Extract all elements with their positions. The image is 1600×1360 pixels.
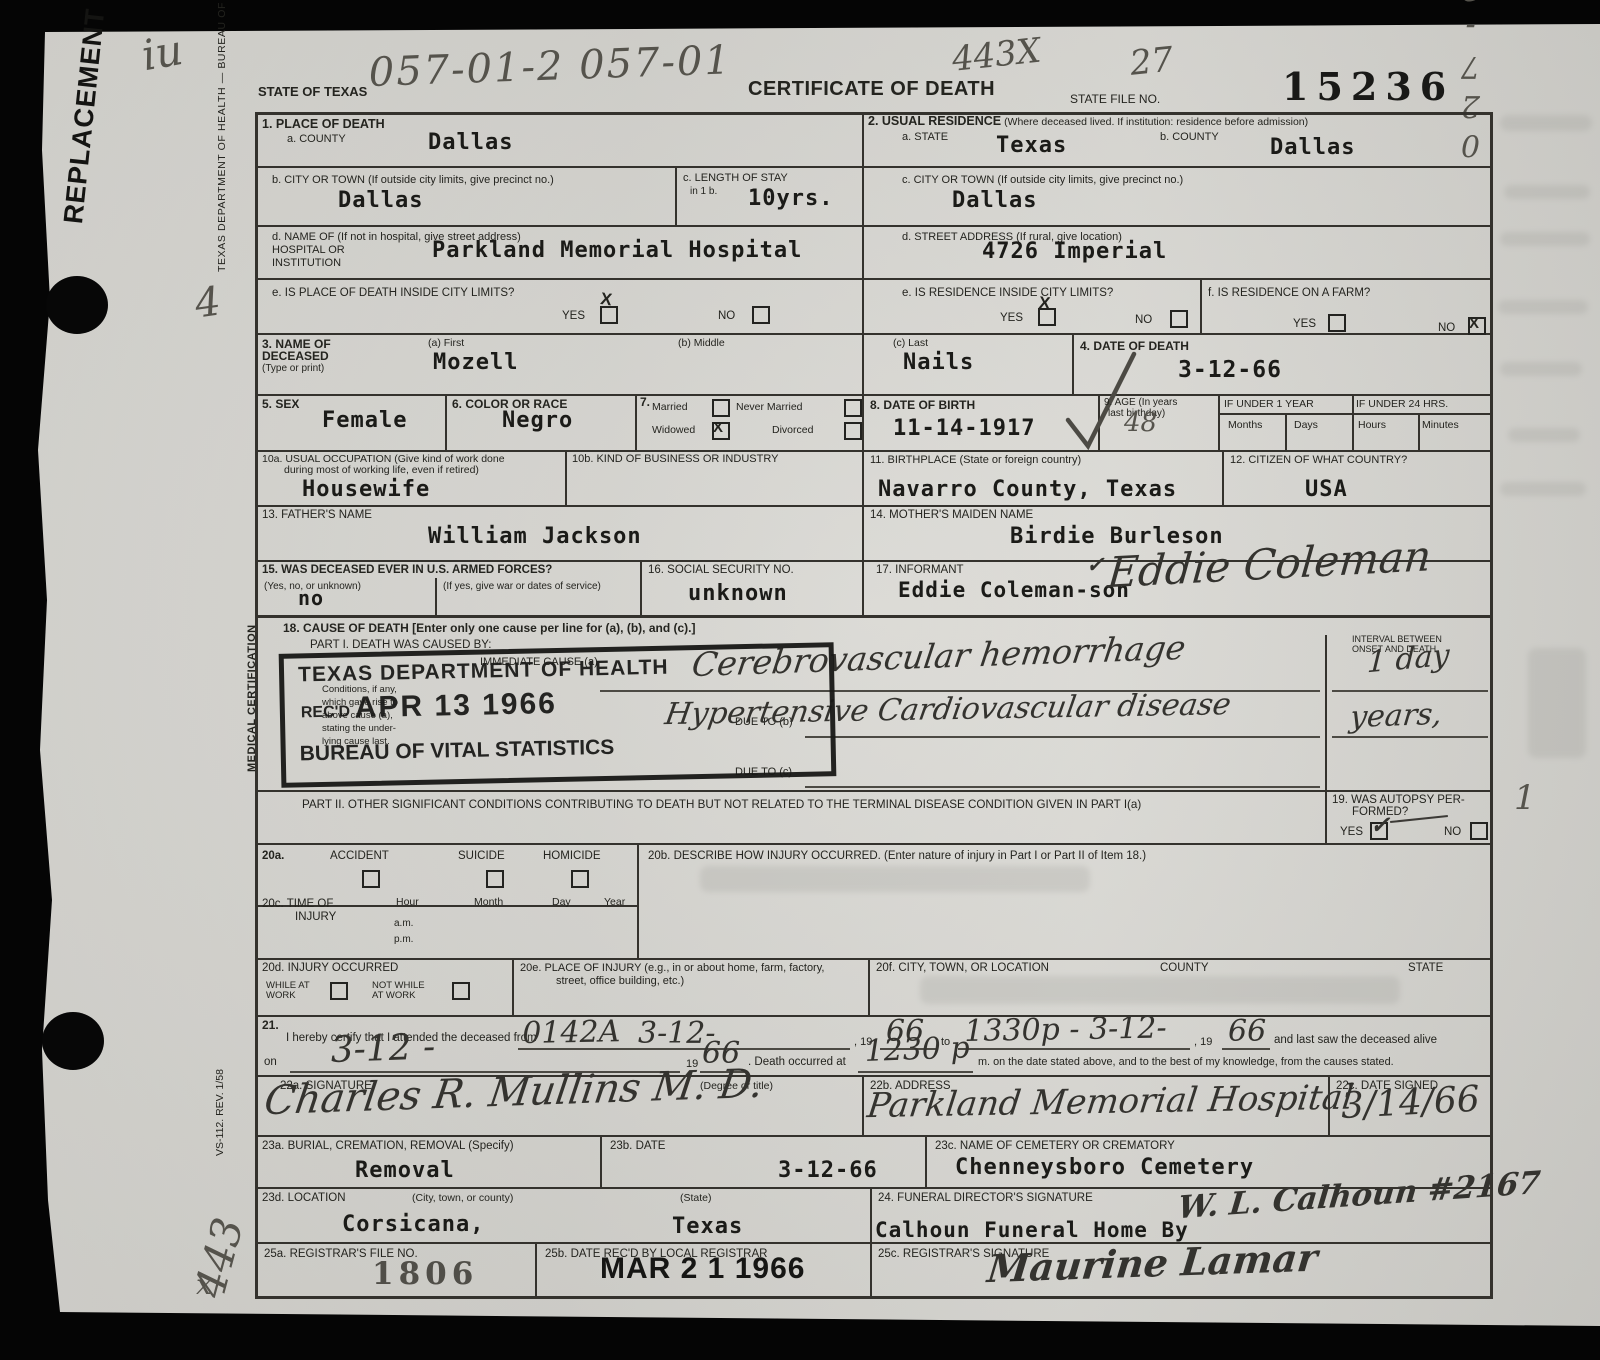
funeral-home-typed-value: Calhoun Funeral Home By (875, 1218, 1189, 1242)
burial-date-value: 3-12-66 (778, 1158, 878, 1183)
death-city-limits-yes-label: YES (562, 310, 585, 322)
residence-county-label: b. COUNTY (1160, 131, 1219, 143)
death-city-limits-no-checkbox (752, 306, 770, 324)
widowed-label: Widowed (652, 424, 695, 436)
last-name-value: Nails (903, 350, 974, 375)
grid-line (640, 560, 642, 615)
received-stamp: TEXAS DEPARTMENT OF HEALTH REC'D APR 13 … (279, 642, 837, 788)
grid-line (512, 958, 514, 1015)
while-at-work-label-2: WORK (266, 990, 296, 1001)
informant-label: 17. INFORMANT (876, 564, 964, 576)
death-city-limits-no-label: NO (718, 310, 735, 322)
date-of-death-value: 3-12-66 (1178, 357, 1282, 383)
grid-line (255, 333, 1492, 335)
age-label-1: 9. AGE (In years (1104, 397, 1177, 408)
writing-line (1222, 1048, 1270, 1050)
age-value: 48 (1124, 408, 1157, 438)
business-industry-label: 10b. KIND OF BUSINESS OR INDUSTRY (572, 453, 778, 465)
not-while-at-work-checkbox (452, 982, 470, 1000)
married-checkbox (712, 399, 730, 417)
armed-forces-value: no (298, 586, 324, 610)
grid-line (255, 450, 1492, 452)
death-city-limits-label: e. IS PLACE OF DEATH INSIDE CITY LIMITS? (272, 287, 514, 299)
printed-19-b: , 19 (1194, 1036, 1212, 1048)
never-married-label: Never Married (736, 401, 803, 413)
place-of-injury-label-1: 20e. PLACE OF INJURY (e.g., in or about … (520, 962, 824, 974)
if-under-24-hrs-label: IF UNDER 24 HRS. (1356, 398, 1448, 410)
first-name-value: Mozell (433, 350, 518, 375)
hour-label: Hour (396, 896, 419, 908)
grid-line (1352, 394, 1354, 450)
attended-from-time: 0142A (522, 1014, 621, 1051)
state-file-no-label: STATE FILE NO. (1070, 92, 1160, 106)
state-of-texas-label: STATE OF TEXAS (258, 84, 367, 99)
state-file-number: 15236 (1282, 64, 1454, 109)
grid-line (868, 958, 870, 1015)
attended-to-year: 66 (1228, 1014, 1266, 1049)
occupation-label-2: during most of working life, even if ret… (284, 464, 479, 476)
section20a-label: 20a. (262, 850, 284, 862)
bleedthrough-smudge (1500, 362, 1582, 376)
residence-state-value: Texas (996, 133, 1067, 158)
county-value: Dallas (428, 130, 513, 155)
margin-scribble-right-code: 027-2 (1453, 0, 1488, 162)
grid-line (637, 843, 639, 958)
last-seen-date: 3-12 - (330, 1026, 436, 1071)
x-mark: X (713, 419, 723, 436)
certify-text-4: m. on the date stated above, and to the … (978, 1056, 1394, 1068)
interval-a-handwritten: 1 day (1366, 638, 1450, 681)
homicide-checkbox (571, 870, 589, 888)
writing-line (958, 1048, 1190, 1050)
hospital-label-2: HOSPITAL OR (272, 244, 345, 256)
autopsy-no-checkbox (1470, 822, 1488, 840)
marital-status-label: 7. (640, 395, 650, 409)
grid-line (535, 1242, 537, 1296)
interval-b-handwritten: years, (1348, 697, 1444, 735)
grid-line (255, 790, 1492, 792)
homicide-label: HOMICIDE (543, 850, 601, 862)
grid-line (255, 615, 1492, 618)
ssn-label: 16. SOCIAL SECURITY NO. (648, 564, 794, 576)
section21-label: 21. (262, 1018, 279, 1032)
grid-line (1218, 413, 1492, 415)
certificate-title: CERTIFICATE OF DEATH (748, 78, 995, 101)
first-name-label: (a) First (428, 337, 464, 349)
length-of-stay-label: c. LENGTH OF STAY (683, 172, 788, 184)
armed-forces-sub-2: (If yes, give war or dates of service) (443, 581, 601, 592)
writing-line (518, 1048, 850, 1050)
bleedthrough-smudge (1500, 232, 1590, 246)
grid-line (1325, 635, 1327, 843)
citizen-value: USA (1305, 477, 1348, 502)
occupation-value: Housewife (302, 477, 430, 502)
section2-title-note: (Where deceased lived. If institution: r… (1004, 116, 1308, 128)
divorced-label: Divorced (772, 424, 813, 436)
funeral-director-label: 24. FUNERAL DIRECTOR'S SIGNATURE (878, 1192, 1093, 1204)
check-mark: ✓ (1370, 810, 1390, 839)
bleedthrough-smudge (1500, 482, 1586, 496)
time-of-injury-label-1: 20c. TIME OF (262, 898, 333, 910)
x-mark: X (1469, 315, 1479, 332)
burial-location-city-sub: (City, town, or county) (412, 1192, 513, 1204)
margin-scribble-right-1: 1 (1514, 778, 1536, 818)
grid-line (870, 1187, 872, 1296)
bleedthrough-smudge (1528, 648, 1586, 758)
bleedthrough-smudge (920, 976, 1400, 1004)
hospital-value: Parkland Memorial Hospital (432, 238, 802, 263)
writing-line (1332, 690, 1488, 692)
bleedthrough-smudge (1504, 185, 1590, 199)
birthplace-label: 11. BIRTHPLACE (State or foreign country… (870, 454, 1081, 466)
months-label: Months (1228, 419, 1262, 431)
county-label: a. COUNTY (287, 133, 346, 145)
year-label: Year (604, 896, 625, 908)
bleedthrough-smudge (1500, 115, 1592, 131)
margin-scribble-top-left: iu (138, 25, 186, 80)
middle-name-label: (b) Middle (678, 337, 725, 349)
grid-line (255, 958, 1492, 960)
date-of-birth-value: 11-14-1917 (893, 416, 1035, 441)
hole-punch-bottom (42, 1012, 104, 1070)
stamp-line-1: TEXAS DEPARTMENT OF HEALTH (298, 656, 669, 688)
grid-line (925, 1135, 927, 1187)
date-received-stamp: MAR 2 1 1966 (600, 1252, 805, 1286)
stamp-recd: REC'D (301, 703, 351, 722)
check-mark: ✓ (1086, 552, 1104, 578)
suicide-checkbox (486, 870, 504, 888)
part2-label: PART II. OTHER SIGNIFICANT CONDITIONS CO… (302, 797, 1141, 811)
sex-value: Female (322, 408, 407, 433)
writing-line (805, 786, 1320, 788)
length-of-stay-value: 10yrs. (748, 186, 833, 211)
hours-label: Hours (1358, 419, 1386, 431)
mother-name-label: 14. MOTHER'S MAIDEN NAME (870, 509, 1033, 521)
form-border (1490, 112, 1493, 1299)
writing-line (858, 1071, 973, 1073)
stamp-date: APR 13 1966 (354, 687, 557, 725)
days-label: Days (1294, 419, 1318, 431)
residence-city-limits-label: e. IS RESIDENCE INSIDE CITY LIMITS? (902, 287, 1113, 299)
grid-line (255, 843, 1492, 845)
accident-label: ACCIDENT (330, 850, 389, 862)
cause-of-death-label: 18. CAUSE OF DEATH [Enter only one cause… (283, 621, 696, 635)
grid-line (635, 394, 637, 450)
while-at-work-checkbox (330, 982, 348, 1000)
registrar-file-no-value: 1806 (372, 1256, 478, 1292)
am-label: a.m. (394, 918, 413, 929)
divorced-checkbox (844, 422, 862, 440)
bleedthrough-smudge (700, 866, 1090, 892)
accident-checkbox (362, 870, 380, 888)
name-of-deceased-label-3: (Type or print) (262, 363, 324, 374)
grid-line (255, 505, 1492, 507)
describe-injury-label: 20b. DESCRIBE HOW INJURY OCCURRED. (Ente… (648, 850, 1146, 862)
residence-city-label: c. CITY OR TOWN (If outside city limits,… (902, 174, 1183, 186)
month-label: Month (474, 896, 503, 908)
death-time-value: 1230 p (864, 1030, 970, 1069)
form-border (255, 1296, 1492, 1299)
grid-line (1218, 394, 1220, 450)
death-certificate-scan: REPLACEMENT iu 4 TEXAS DEPARTMENT OF HEA… (0, 0, 1600, 1360)
injury-state-label: STATE (1408, 962, 1443, 974)
never-married-checkbox (844, 399, 862, 417)
street-address-value: 4726 Imperial (982, 239, 1167, 264)
birthplace-value: Navarro County, Texas (878, 477, 1177, 502)
grid-line (1285, 413, 1287, 450)
on-label: on (264, 1056, 277, 1068)
length-of-stay-sub: in 1 b. (690, 186, 717, 197)
form-border (255, 112, 258, 1299)
section1-title: 1. PLACE OF DEATH (262, 117, 385, 131)
department-vertical-title: TEXAS DEPARTMENT OF HEALTH — BUREAU OF V… (216, 0, 228, 272)
informant-typed-value: Eddie Coleman-son (898, 578, 1130, 602)
grid-line (600, 1135, 602, 1187)
grid-line (255, 1015, 1492, 1017)
place-of-injury-label-2: street, office building, etc.) (556, 975, 684, 987)
burial-location-city-value: Corsicana, (342, 1212, 484, 1237)
writing-line (1332, 736, 1488, 738)
name-of-deceased-label-2: DECEASED (262, 349, 329, 363)
grid-line (862, 112, 864, 615)
citizen-label: 12. CITIZEN OF WHAT COUNTRY? (1230, 454, 1407, 466)
grid-line (1222, 450, 1224, 505)
pm-label: p.m. (394, 934, 413, 945)
bleedthrough-smudge (1508, 428, 1580, 442)
writing-line (805, 736, 1320, 738)
cemetery-value: Chenneysboro Cemetery (955, 1155, 1254, 1180)
if-under-1-year-label: IF UNDER 1 YEAR (1224, 398, 1314, 410)
residence-city-limits-no-checkbox (1170, 310, 1188, 328)
injury-occurred-label: 20d. INJURY OCCURRED (262, 962, 398, 974)
hospital-label-3: INSTITUTION (272, 257, 341, 269)
grid-line (1200, 278, 1202, 333)
day-label: Day (552, 896, 571, 908)
grid-line (675, 166, 677, 225)
residence-city-value: Dallas (952, 188, 1037, 213)
not-while-at-work-label-2: AT WORK (372, 990, 415, 1001)
grid-line (565, 450, 567, 505)
armed-forces-label: 15. WAS DECEASED EVER IN U.S. ARMED FORC… (262, 564, 552, 576)
hole-punch-top (46, 276, 108, 334)
autopsy-label-1: 19. WAS AUTOPSY PER- (1332, 794, 1465, 806)
date-signed-value: 3/14/66 (1340, 1079, 1481, 1127)
autopsy-yes-label: YES (1340, 826, 1363, 838)
physician-address-value: Parkland Memorial Hospital (865, 1078, 1356, 1127)
residence-county-value: Dallas (1270, 135, 1355, 160)
grid-line (435, 578, 437, 615)
city-value: Dallas (338, 188, 423, 213)
married-label: Married (652, 401, 688, 413)
last-name-label: (c) Last (893, 337, 928, 349)
grid-line (255, 1135, 1492, 1137)
residence-farm-yes-checkbox (1328, 314, 1346, 332)
residence-city-limits-no-label: NO (1135, 314, 1152, 326)
grid-line (255, 225, 1492, 227)
x-mark: X (1038, 293, 1051, 314)
residence-farm-label: f. IS RESIDENCE ON A FARM? (1208, 287, 1370, 299)
autopsy-no-label: NO (1444, 826, 1461, 838)
date-of-birth-label: 8. DATE OF BIRTH (870, 398, 975, 412)
burial-location-label: 23d. LOCATION (262, 1192, 346, 1204)
margin-scribble-x: x (196, 1268, 212, 1301)
burial-location-state-value: Texas (672, 1214, 743, 1239)
grid-line (1418, 413, 1420, 450)
father-name-value: William Jackson (428, 524, 642, 549)
sex-label: 5. SEX (262, 397, 299, 411)
residence-city-limits-yes-label: YES (1000, 312, 1023, 324)
injury-city-label: 20f. CITY, TOWN, OR LOCATION (876, 962, 1049, 974)
ssn-value: unknown (688, 581, 788, 606)
grid-line (255, 166, 1492, 168)
father-name-label: 13. FATHER'S NAME (262, 509, 372, 521)
cemetery-label: 23c. NAME OF CEMETERY OR CREMATORY (935, 1140, 1175, 1152)
burial-date-label: 23b. DATE (610, 1140, 665, 1152)
handwritten-note-27: 27 (1128, 39, 1175, 83)
residence-farm-no-label: NO (1438, 322, 1455, 334)
grid-line (445, 394, 447, 450)
race-value: Negro (502, 408, 573, 433)
residence-farm-yes-label: YES (1293, 318, 1316, 330)
grid-line (255, 278, 1492, 280)
grid-line (862, 1075, 864, 1135)
injury-county-label: COUNTY (1160, 962, 1209, 974)
minutes-label: Minutes (1422, 419, 1459, 431)
suicide-label: SUICIDE (458, 850, 505, 862)
attended-to-datetime: 1330p - 3-12- (964, 1010, 1167, 1049)
burial-removal-label: 23a. BURIAL, CREMATION, REMOVAL (Specify… (262, 1140, 514, 1152)
certify-text-2: and last saw the deceased alive (1274, 1034, 1437, 1046)
stamp-line-2: BUREAU OF VITAL STATISTICS (300, 736, 615, 767)
grid-line (255, 394, 1492, 396)
residence-state-label: a. STATE (902, 131, 948, 143)
section2-title: 2. USUAL RESIDENCE (868, 114, 1001, 128)
bleedthrough-smudge (1498, 300, 1588, 314)
burial-removal-value: Removal (355, 1158, 455, 1183)
time-of-injury-label-2: INJURY (295, 911, 336, 923)
burial-location-state-sub: (State) (680, 1192, 712, 1204)
city-label: b. CITY OR TOWN (If outside city limits,… (272, 174, 554, 186)
form-number-vertical: VS-112. REV. 1/58 (214, 1016, 226, 1156)
